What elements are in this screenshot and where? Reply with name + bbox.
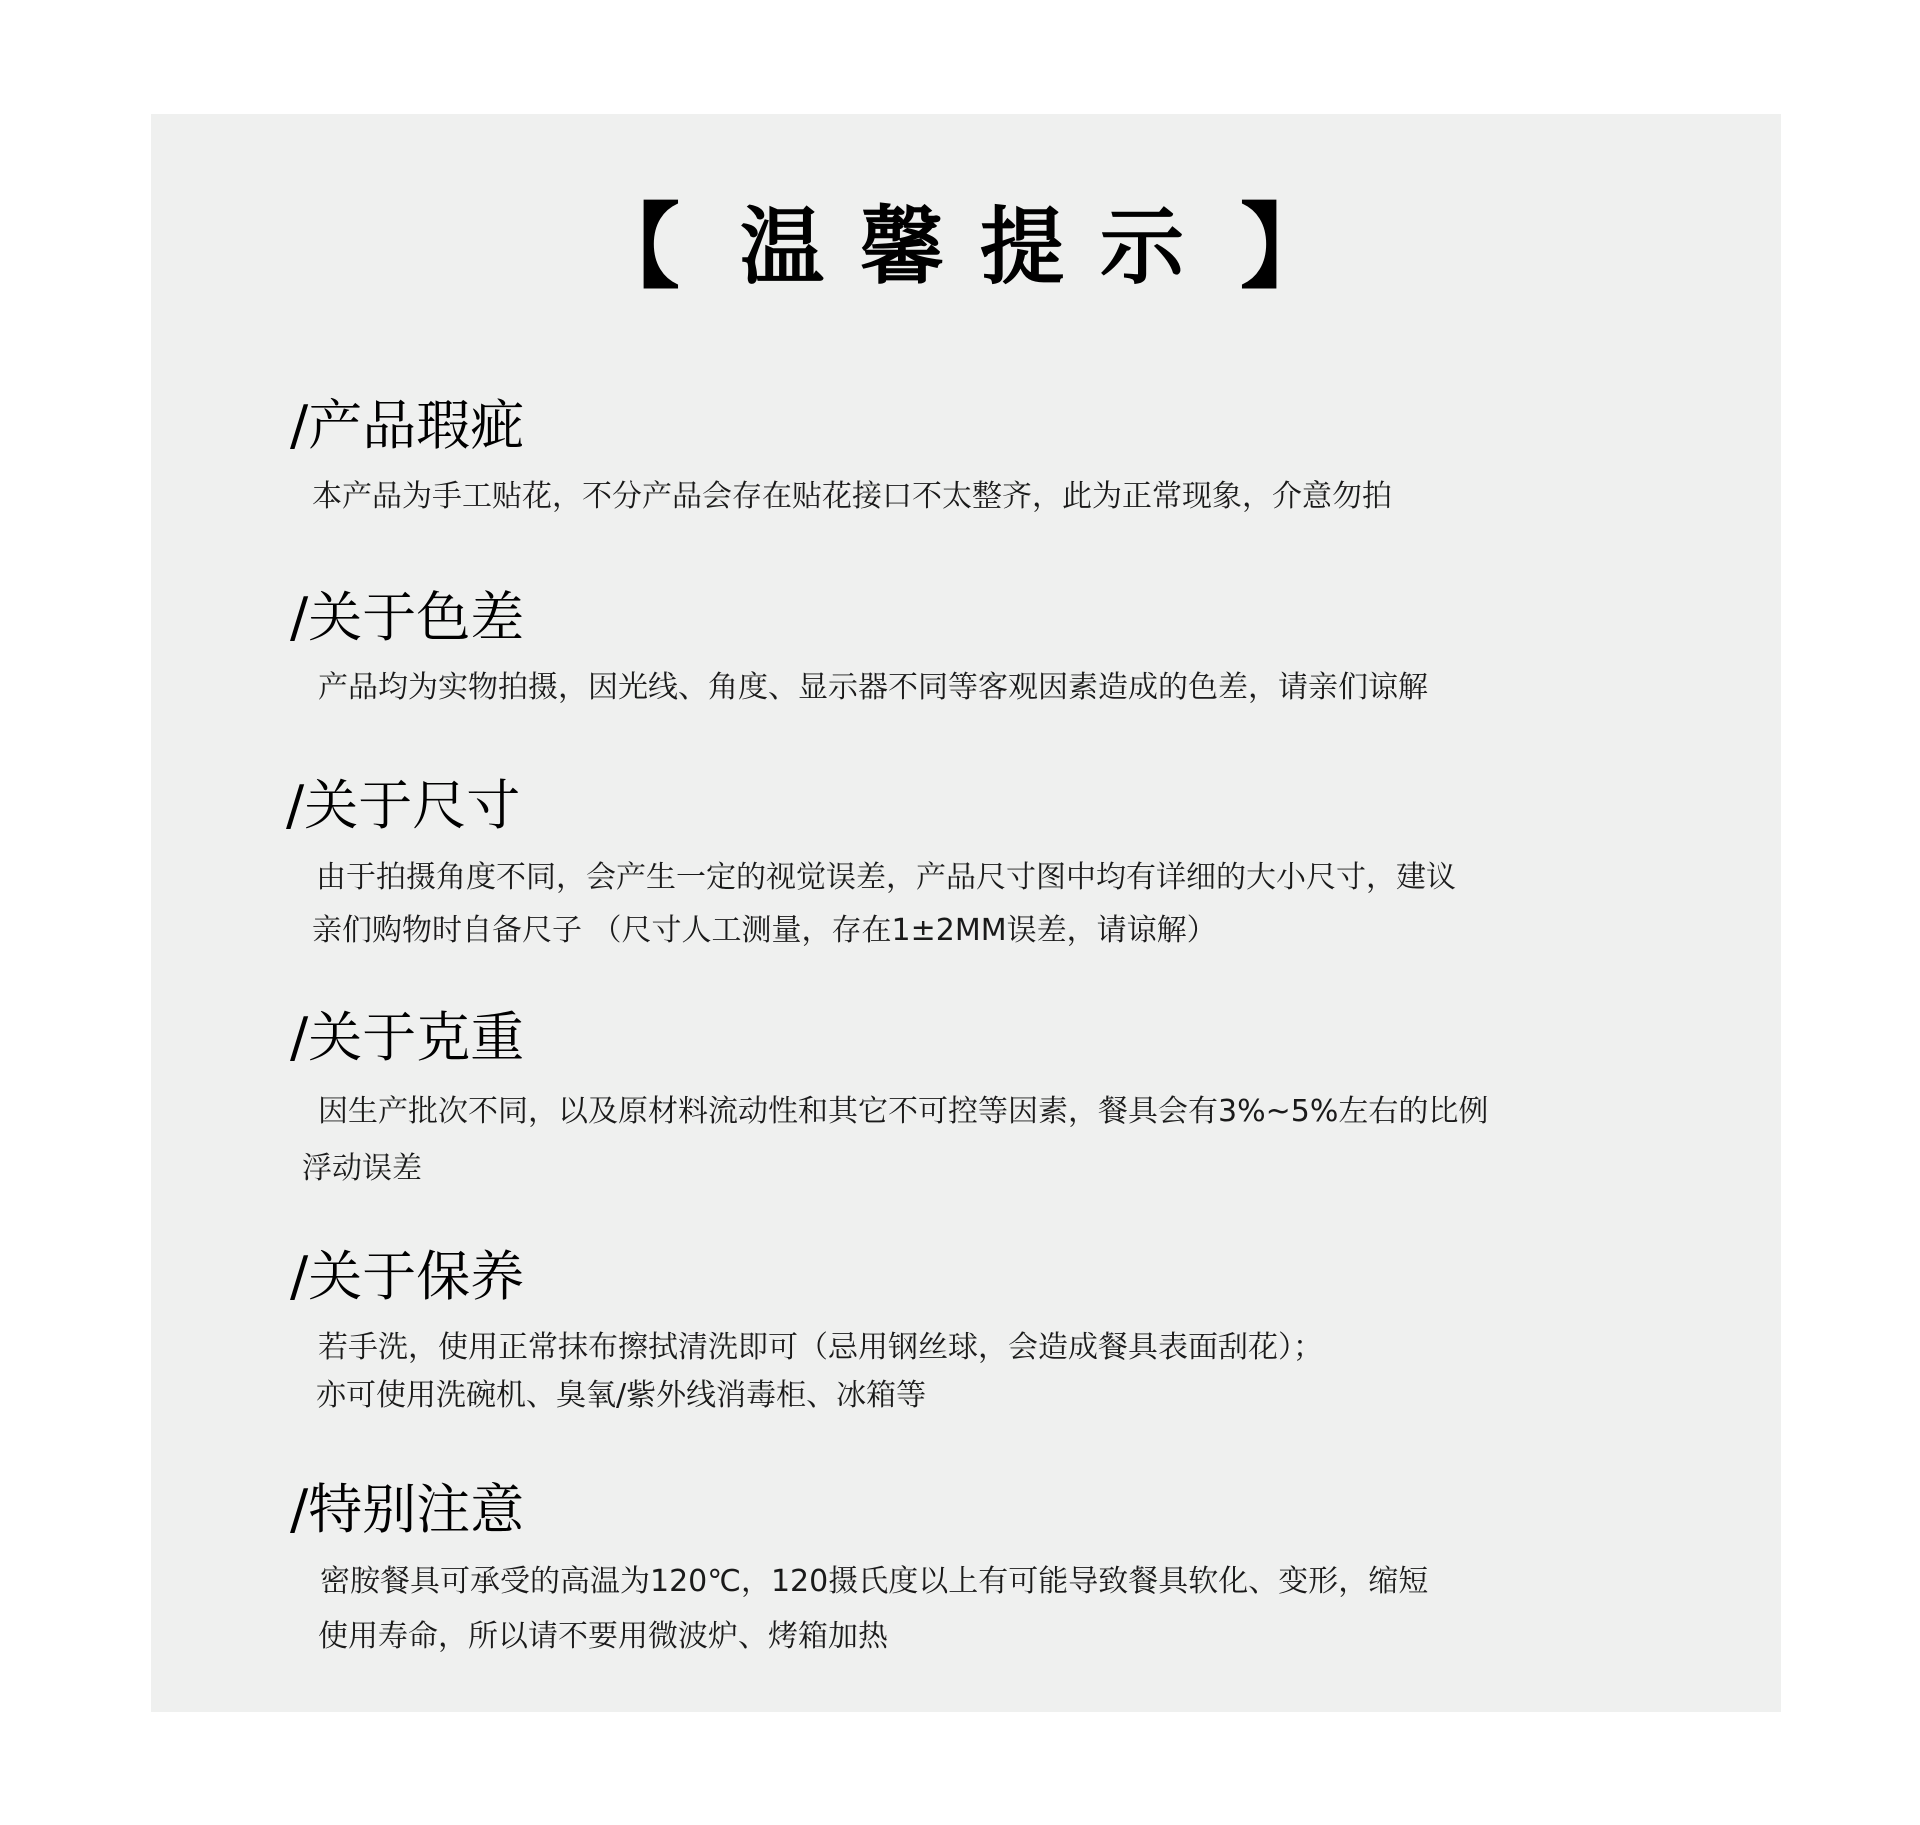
- section-text-line: 亲们购物时自备尺子 （尺寸人工测量，存在1±2MM误差，请谅解）: [312, 911, 1217, 951]
- section-text-line: 由于拍摄角度不同，会产生一定的视觉误差，产品尺寸图中均有详细的大小尺寸，建议: [316, 858, 1456, 898]
- section-text-line: 若手洗，使用正常抹布擦拭清洗即可（忌用钢丝球，会造成餐具表面刮花）；: [318, 1328, 1323, 1368]
- section-heading: /关于色差: [290, 586, 524, 650]
- title-char: 馨: [860, 180, 940, 301]
- page-title: 【 温 馨 提 示 】: [0, 185, 1920, 295]
- section-text-line: 使用寿命，所以请不要用微波炉、烤箱加热: [318, 1617, 888, 1657]
- section-heading: /关于尺寸: [286, 774, 520, 838]
- title-close-bracket: 】: [1240, 174, 1332, 306]
- section-text-line: 本产品为手工贴花，不分产品会存在贴花接口不太整齐，此为正常现象，介意勿拍: [312, 477, 1392, 517]
- section-heading: /产品瑕疵: [290, 394, 524, 458]
- title-char: 提: [980, 180, 1060, 301]
- title-char: 示: [1100, 180, 1180, 301]
- section-heading: /关于克重: [290, 1006, 524, 1070]
- section-heading: /特别注意: [290, 1478, 524, 1542]
- section-text-line: 浮动误差: [302, 1149, 422, 1189]
- section-text-line: 亦可使用洗碗机、臭氧/紫外线消毒柜、冰箱等: [316, 1376, 926, 1416]
- section-text-line: 因生产批次不同，以及原材料流动性和其它不可控等因素，餐具会有3%~5%左右的比例: [318, 1092, 1488, 1132]
- section-text-line: 密胺餐具可承受的高温为120℃，120摄氏度以上有可能导致餐具软化、变形，缩短: [320, 1562, 1428, 1602]
- title-text: 温 馨 提 示: [740, 180, 1180, 301]
- section-heading: /关于保养: [290, 1245, 524, 1309]
- section-text-line: 产品均为实物拍摄，因光线、角度、显示器不同等客观因素造成的色差，请亲们谅解: [318, 668, 1428, 708]
- title-char: 温: [740, 180, 820, 301]
- title-open-bracket: 【: [588, 174, 680, 306]
